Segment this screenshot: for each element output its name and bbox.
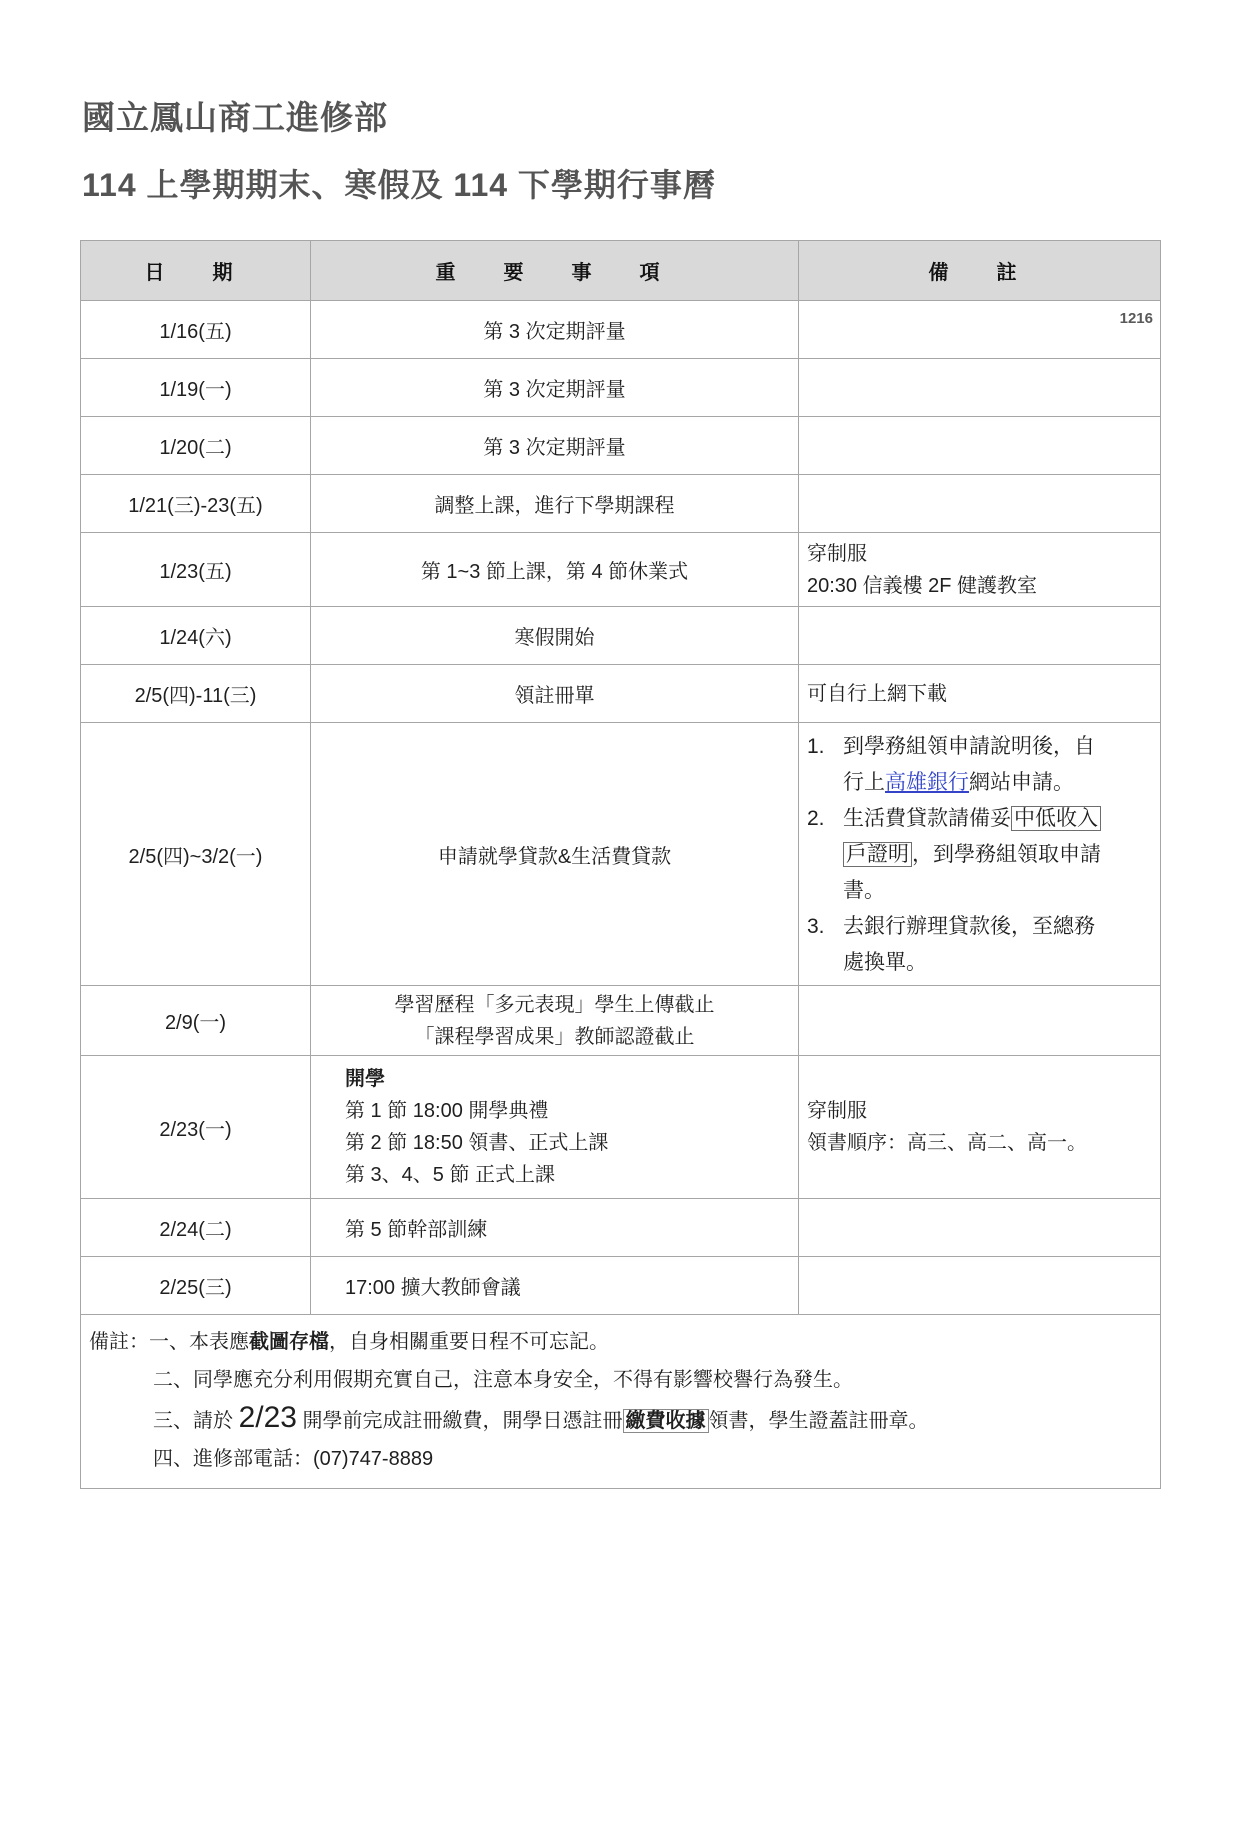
date-cell: 1/19(一): [81, 359, 311, 417]
date-cell: 2/25(三): [81, 1257, 311, 1315]
loan-step-1: 1. 到學務組領申請說明後，自行上高雄銀行網站申請。: [807, 729, 1156, 801]
event-line: 學習歷程「多元表現」學生上傳截止: [311, 989, 798, 1021]
event-cell: 17:00 擴大教師會議: [311, 1257, 799, 1315]
note-text: 同學應充分利用假期充實自己，注意本身安全，不得有影響校譽行為發生。: [193, 1369, 853, 1391]
remark-cell: [799, 359, 1161, 417]
event-cell: 第 5 節幹部訓練: [311, 1199, 799, 1257]
date-cell: 2/23(一): [81, 1056, 311, 1199]
list-number: 1.: [807, 729, 843, 765]
loan-step-2: 2. 生活費貸款請備妥中低收入戶證明，到學務組領取申請書。: [807, 801, 1156, 909]
table-row: 1/19(一) 第 3 次定期評量: [81, 359, 1161, 417]
loan-step-text: 生活費貸款請備妥中低收入戶證明，到學務組領取申請書。: [843, 801, 1109, 909]
table-row: 1/24(六) 寒假開始: [81, 607, 1161, 665]
remark-cell: 1. 到學務組領申請說明後，自行上高雄銀行網站申請。 2. 生活費貸款請備妥中低…: [799, 723, 1161, 986]
remark-cell: 穿制服 領書順序：高三、高二、高一。: [799, 1056, 1161, 1199]
schedule-table: 日 期 重 要 事 項 備 註 1/16(五) 第 3 次定期評量 1/19(一…: [80, 240, 1161, 1489]
notes-label: 備註：: [89, 1331, 149, 1353]
event-cell: 第 3 次定期評量: [311, 359, 799, 417]
remark-cell: 穿制服 20:30 信義樓 2F 健護教室: [799, 533, 1161, 607]
remark-cell: [799, 986, 1161, 1056]
note-big-date: 2/23: [239, 1401, 297, 1434]
event-cell: 領註冊單: [311, 665, 799, 723]
notes-section: 備註：一、本表應截圖存檔，自身相關重要日程不可忘記。 二、同學應充分利用假期充實…: [81, 1315, 1161, 1489]
remark-cell: 可自行上網下載: [799, 665, 1161, 723]
remark-line: 20:30 信義樓 2F 健護教室: [807, 570, 1152, 602]
table-row: 2/5(四)~3/2(一) 申請就學貸款&生活費貸款 1. 到學務組領申請說明後…: [81, 723, 1161, 986]
note-number: 四、: [153, 1448, 193, 1470]
table-row: 2/23(一) 開學 第 1 節 18:00 開學典禮 第 2 節 18:50 …: [81, 1056, 1161, 1199]
note-text: 本表應: [189, 1331, 249, 1353]
note-number: 二、: [153, 1369, 193, 1391]
note-line-4: 四、進修部電話：(07)747-8889: [89, 1440, 1150, 1478]
table-row: 2/25(三) 17:00 擴大教師會議: [81, 1257, 1161, 1315]
event-line: 第 2 節 18:50 領書、正式上課: [345, 1127, 798, 1159]
event-line: 第 1 節 18:00 開學典禮: [345, 1095, 798, 1127]
remark-line: 穿制服: [807, 1095, 1152, 1127]
note-number: 三、: [153, 1410, 193, 1432]
date-cell: 2/24(二): [81, 1199, 311, 1257]
page-title: 國立鳳山商工進修部: [82, 92, 1241, 139]
event-cell: 寒假開始: [311, 607, 799, 665]
event-cell: 學習歷程「多元表現」學生上傳截止 「課程學習成果」教師認證截止: [311, 986, 799, 1056]
boxed-text: 繳費收據: [623, 1409, 709, 1433]
table-header-row: 日 期 重 要 事 項 備 註: [81, 241, 1161, 301]
kaohsiung-bank-link[interactable]: 高雄銀行: [885, 771, 969, 794]
event-cell: 開學 第 1 節 18:00 開學典禮 第 2 節 18:50 領書、正式上課 …: [311, 1056, 799, 1199]
remark-line: 穿制服: [807, 538, 1152, 570]
table-row: 2/24(二) 第 5 節幹部訓練: [81, 1199, 1161, 1257]
loan-step-text: 到學務組領申請說明後，自行上高雄銀行網站申請。: [843, 729, 1109, 801]
date-cell: 2/9(一): [81, 986, 311, 1056]
date-cell: 2/5(四)-11(三): [81, 665, 311, 723]
remark-cell: [799, 417, 1161, 475]
table-row: 1/23(五) 第 1~3 節上課，第 4 節休業式 穿制服 20:30 信義樓…: [81, 533, 1161, 607]
loan-step-text: 去銀行辦理貸款後，至總務處換單。: [843, 909, 1109, 981]
notes-row: 備註：一、本表應截圖存檔，自身相關重要日程不可忘記。 二、同學應充分利用假期充實…: [81, 1315, 1161, 1489]
event-cell: 申請就學貸款&生活費貸款: [311, 723, 799, 986]
note-text: 請於: [193, 1410, 239, 1432]
table-row: 1/16(五) 第 3 次定期評量: [81, 301, 1161, 359]
date-cell: 1/20(二): [81, 417, 311, 475]
loan-step-text-pre: 生活費貸款請備妥: [843, 807, 1011, 830]
note-bold-text: 截圖存檔: [249, 1331, 329, 1353]
event-line-title: 開學: [345, 1063, 798, 1095]
page-number: 1216: [1120, 310, 1153, 327]
event-line: 第 3、4、5 節 正式上課: [345, 1159, 798, 1191]
date-cell: 1/24(六): [81, 607, 311, 665]
remark-cell: [799, 607, 1161, 665]
note-text: 領書，學生證蓋註冊章。: [709, 1410, 929, 1432]
loan-step-3: 3. 去銀行辦理貸款後，至總務處換單。: [807, 909, 1156, 981]
event-cell: 第 3 次定期評量: [311, 301, 799, 359]
event-cell: 第 1~3 節上課，第 4 節休業式: [311, 533, 799, 607]
note-text: 進修部電話：(07)747-8889: [193, 1448, 433, 1470]
note-text: ，自身相關重要日程不可忘記。: [329, 1331, 609, 1353]
column-header-remark: 備 註: [799, 241, 1161, 301]
note-text: 開學前完成註冊繳費，開學日憑註冊: [297, 1410, 623, 1432]
page-subtitle: 114 上學期期末、寒假及 114 下學期行事曆: [82, 160, 1241, 206]
remark-cell: [799, 1199, 1161, 1257]
loan-step-text-post: 網站申請。: [969, 771, 1074, 794]
remark-cell: [799, 1257, 1161, 1315]
event-line: 「課程學習成果」教師認證截止: [311, 1021, 798, 1053]
date-cell: 1/23(五): [81, 533, 311, 607]
remark-line: 領書順序：高三、高二、高一。: [807, 1127, 1152, 1159]
date-cell: 1/16(五): [81, 301, 311, 359]
note-line-2: 二、同學應充分利用假期充實自己，注意本身安全，不得有影響校譽行為發生。: [89, 1361, 1150, 1399]
event-cell: 調整上課，進行下學期課程: [311, 475, 799, 533]
list-number: 2.: [807, 801, 843, 837]
remark-cell: [799, 475, 1161, 533]
note-number: 一、: [149, 1331, 189, 1353]
date-cell: 1/21(三)-23(五): [81, 475, 311, 533]
remark-cell: [799, 301, 1161, 359]
column-header-event: 重 要 事 項: [311, 241, 799, 301]
column-header-date: 日 期: [81, 241, 311, 301]
list-number: 3.: [807, 909, 843, 945]
note-line-3: 三、請於 2/23 開學前完成註冊繳費，開學日憑註冊繳費收據領書，學生證蓋註冊章…: [89, 1399, 1150, 1440]
table-row: 2/9(一) 學習歷程「多元表現」學生上傳截止 「課程學習成果」教師認證截止: [81, 986, 1161, 1056]
date-cell: 2/5(四)~3/2(一): [81, 723, 311, 986]
event-cell: 第 3 次定期評量: [311, 417, 799, 475]
table-row: 1/21(三)-23(五) 調整上課，進行下學期課程: [81, 475, 1161, 533]
note-line-1: 備註：一、本表應截圖存檔，自身相關重要日程不可忘記。: [89, 1323, 1150, 1361]
table-row: 2/5(四)-11(三) 領註冊單 可自行上網下載: [81, 665, 1161, 723]
table-row: 1/20(二) 第 3 次定期評量: [81, 417, 1161, 475]
